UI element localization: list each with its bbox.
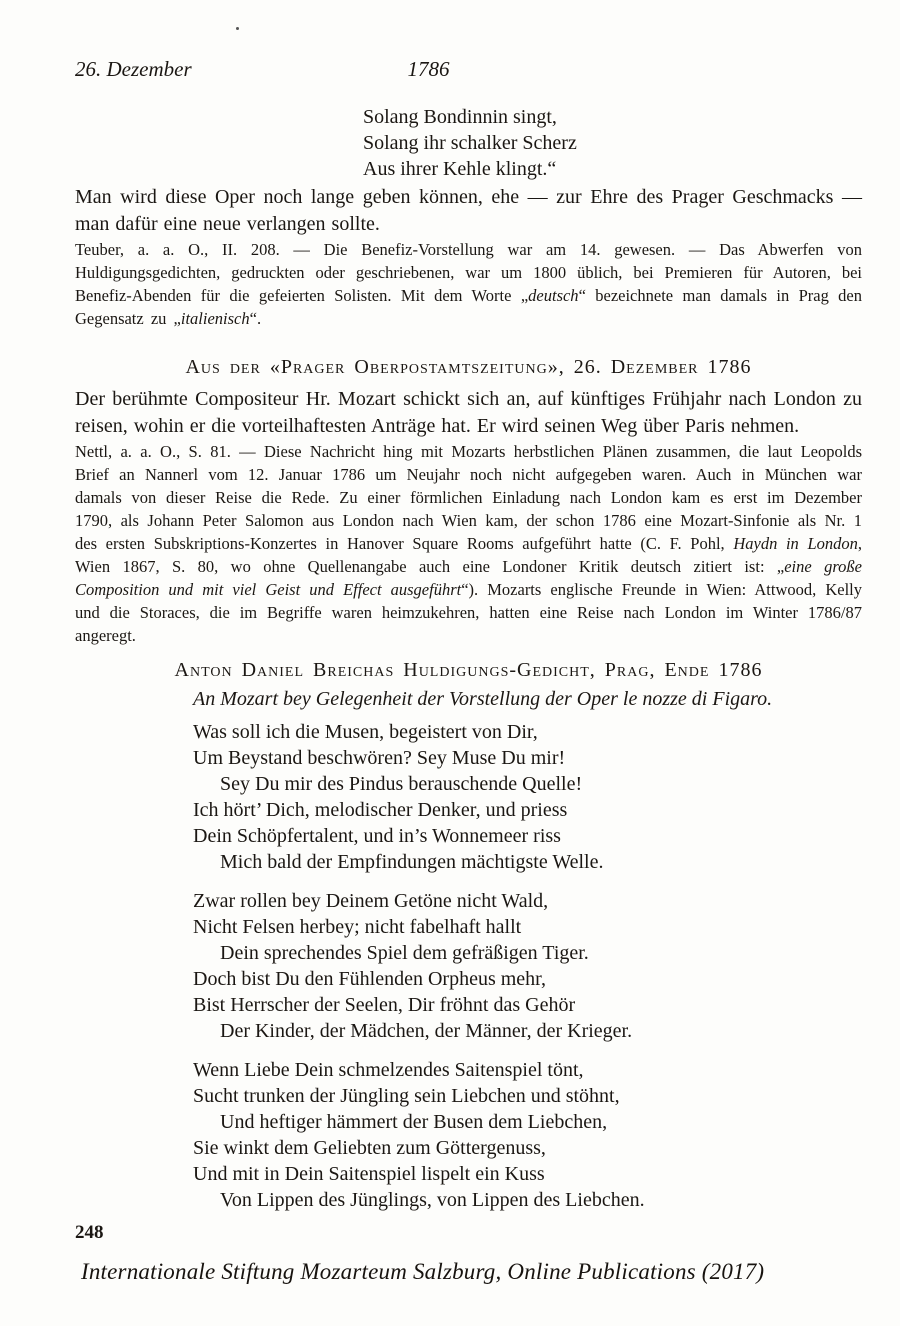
source-note-teuber: Teuber, a. a. O., II. 208. — Die Benefiz… — [75, 238, 862, 330]
poem-line: Sie winkt dem Geliebten zum Göttergenuss… — [193, 1135, 862, 1161]
book-page: 26. Dezember 1786 Solang Bondinnin singt… — [0, 0, 900, 1326]
poem-line: Dein sprechendes Spiel dem gefräßigen Ti… — [193, 940, 862, 966]
section-heading-breichas-poem: Anton Daniel Breichas Huldigungs-Gedicht… — [75, 657, 862, 683]
poem-line: Was soll ich die Musen, begeistert von D… — [193, 719, 862, 745]
poem-line: Doch bist Du den Fühlenden Orpheus mehr, — [193, 966, 862, 992]
poem-line: Sucht trunken der Jüngling sein Liebchen… — [193, 1083, 862, 1109]
poem-line: Wenn Liebe Dein schmelzendes Saitenspiel… — [193, 1057, 862, 1083]
note-italic-segment: Haydn in London — [733, 534, 858, 553]
scan-artifact-dot — [236, 27, 239, 30]
running-head-year: 1786 — [75, 56, 782, 82]
poem-stanza: Was soll ich die Musen, begeistert von D… — [193, 719, 862, 875]
poem-line: Und mit in Dein Saitenspiel lispelt ein … — [193, 1161, 862, 1187]
newspaper-excerpt-paragraph: Der berühmte Compositeur Hr. Mozart schi… — [75, 386, 862, 440]
note-italic-segment: deutsch — [528, 286, 578, 305]
section-heading-oberpostamtszeitung: Aus der «Prager Oberpostamtszeitung», 26… — [75, 354, 862, 380]
poem-line: Und heftiger hämmert der Busen dem Liebc… — [193, 1109, 862, 1135]
note-text-segment: “. — [250, 309, 261, 328]
page-number: 248 — [75, 1221, 862, 1245]
poem-line: Bist Herrscher der Seelen, Dir fröhnt da… — [193, 992, 862, 1018]
quoted-verse: Solang Bondinnin singt, Solang ihr schal… — [363, 104, 862, 182]
verse-line: Solang Bondinnin singt, — [363, 104, 862, 130]
note-italic-segment: italienisch — [181, 309, 250, 328]
poem-line: Ich hört’ Dich, melodischer Denker, und … — [193, 797, 862, 823]
poem-line: Der Kinder, der Mädchen, der Männer, der… — [193, 1018, 862, 1044]
publication-footer: Internationale Stiftung Mozarteum Salzbu… — [81, 1257, 862, 1287]
poem-stanza: Zwar rollen bey Deinem Getöne nicht Wald… — [193, 888, 862, 1044]
verse-line: Solang ihr schalker Scherz — [363, 130, 862, 156]
poem-line: Mich bald der Empfindungen mächtigste We… — [193, 849, 862, 875]
poem-stanza: Wenn Liebe Dein schmelzendes Saitenspiel… — [193, 1057, 862, 1213]
commentary-paragraph: Man wird diese Oper noch lange geben kön… — [75, 184, 862, 238]
poem-line: Um Beystand beschwören? Sey Muse Du mir! — [193, 745, 862, 771]
verse-line: Aus ihrer Kehle klingt.“ — [363, 156, 862, 182]
poem-line: Zwar rollen bey Deinem Getöne nicht Wald… — [193, 888, 862, 914]
poem-subtitle: An Mozart bey Gelegenheit der Vorstellun… — [193, 686, 862, 712]
running-head: 26. Dezember 1786 — [75, 56, 862, 82]
poem-line: Von Lippen des Jünglings, von Lippen des… — [193, 1187, 862, 1213]
poem-line: Sey Du mir des Pindus berauschende Quell… — [193, 771, 862, 797]
poem-line: Nicht Felsen herbey; nicht fabelhaft hal… — [193, 914, 862, 940]
poem-line: Dein Schöpfertalent, und in’s Wonnemeer … — [193, 823, 862, 849]
source-note-nettl: Nettl, a. a. O., S. 81. — Diese Nachrich… — [75, 440, 862, 647]
